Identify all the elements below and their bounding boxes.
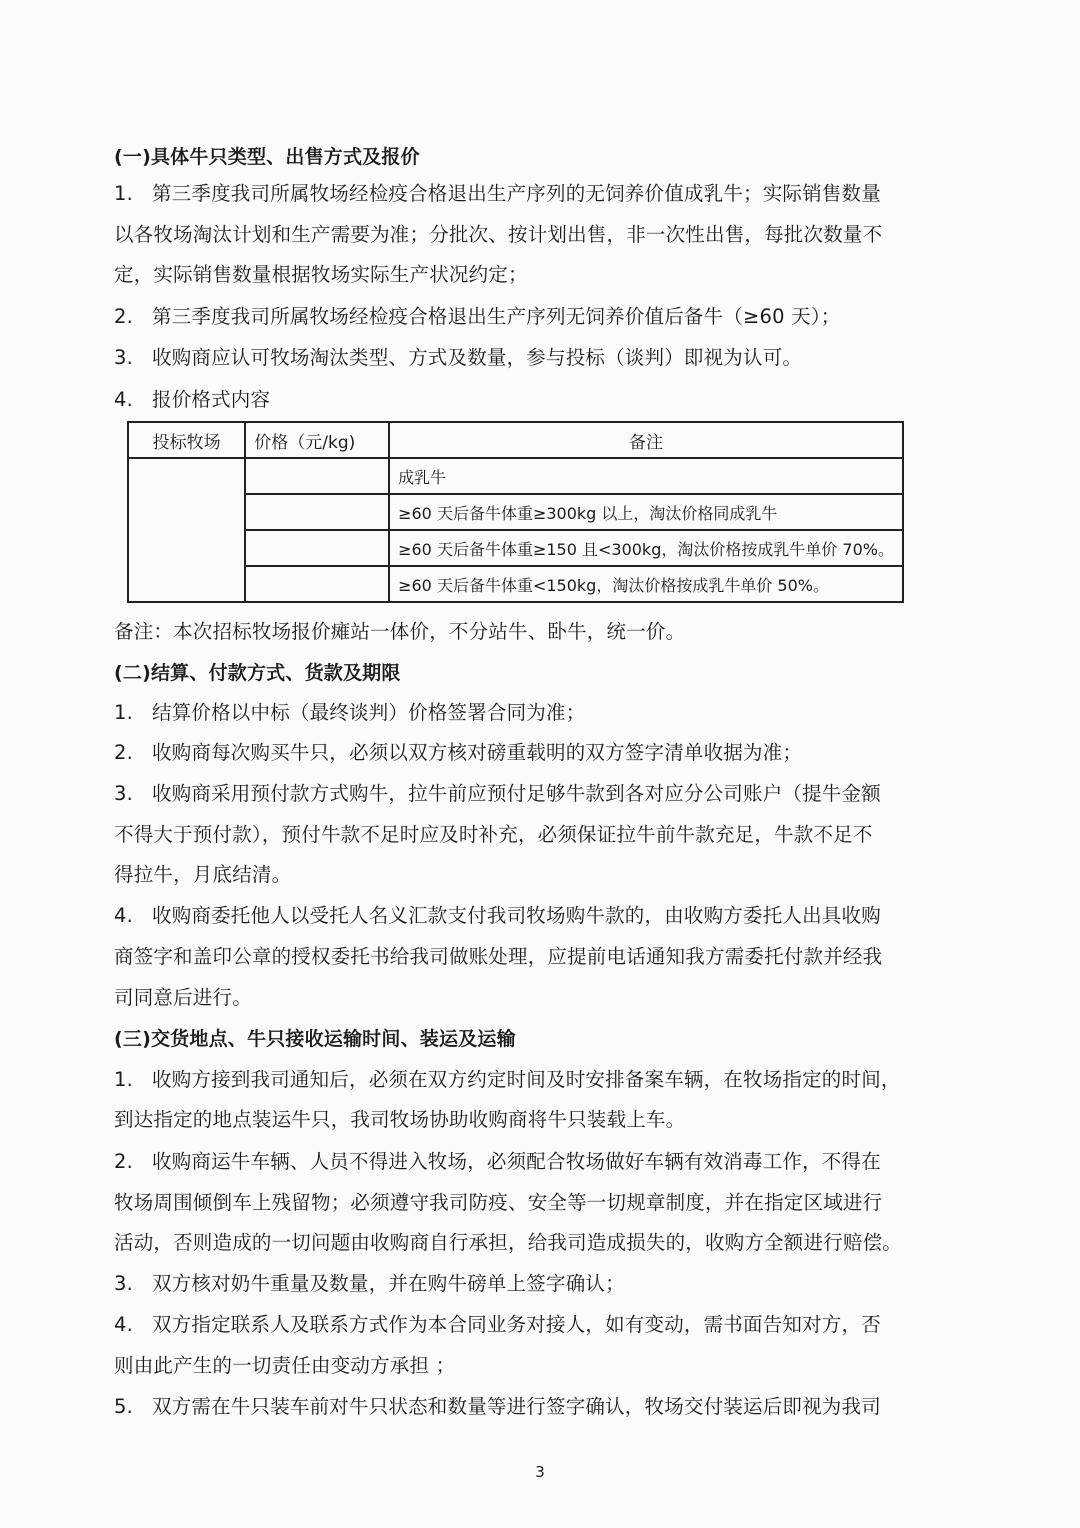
item-number: 5. xyxy=(114,1394,152,1420)
s3-item-4-line-2: 则由此产生的一切责任由变动方承担 ； xyxy=(114,1353,934,1379)
s3-item-2-line-1: 2.收购商运牛车辆、人员不得进入牧场，必须配合牧场做好车辆有效消毒工作，不得在 xyxy=(114,1149,934,1175)
cell-remark: ≥60 天后备牛体重≥150 且<300kg，淘汰价格按成乳牛单价 70%。 xyxy=(389,530,903,566)
item-number: 3. xyxy=(114,1271,152,1297)
item-text: 收购方接到我司通知后，必须在双方约定时间及时安排备案车辆，在牧场指定的时间， xyxy=(152,1068,901,1091)
s1-item-1-line-2: 以各牧场淘汰计划和生产需要为准；分批次、按计划出售，非一次性出售，每批次数量不 xyxy=(114,222,934,248)
item-number: 4. xyxy=(114,387,152,413)
cell-remark: ≥60 天后备牛体重≥300kg 以上，淘汰价格同成乳牛 xyxy=(389,494,903,530)
s2-item-2: 2.收购商每次购买牛只，必须以双方核对磅重载明的双方签字清单收据为准； xyxy=(114,740,934,766)
section-3-heading: (三)交货地点、牛只接收运输时间、装运及运输 xyxy=(114,1026,934,1052)
item-text: 结算价格以中标（最终谈判）价格签署合同为准； xyxy=(152,701,585,724)
item-number: 3. xyxy=(114,781,152,807)
s2-item-4-line-1: 4.收购商委托他人以受托人名义汇款支付我司牧场购牛款的，由收购方委托人出具收购 xyxy=(114,903,934,929)
item-text: 报价格式内容 xyxy=(152,388,270,411)
item-text: 双方核对奶牛重量及数量，并在购牛磅单上签字确认； xyxy=(152,1272,625,1295)
s2-item-3-line-1: 3.收购商采用预付款方式购牛，拉牛前应预付足够牛款到各对应分公司账户（提牛金额 xyxy=(114,781,934,807)
table-header-row: 投标牧场 价格（元/kg) 备注 xyxy=(128,422,903,458)
item-number: 2. xyxy=(114,1149,152,1175)
cell-price[interactable] xyxy=(245,458,389,494)
item-text: 第三季度我司所属牧场经检疫合格退出生产序列无饲养价值后备牛（≥60 天）； xyxy=(152,305,841,328)
s3-item-3: 3.双方核对奶牛重量及数量，并在购牛磅单上签字确认； xyxy=(114,1271,934,1297)
item-text: 双方指定联系人及联系方式作为本合同业务对接人，如有变动，需书面告知对方，否 xyxy=(152,1313,881,1336)
item-number: 1. xyxy=(114,700,152,726)
item-text: 收购商应认可牧场淘汰类型、方式及数量，参与投标（谈判）即视为认可。 xyxy=(152,346,802,369)
table-row: 成乳牛 xyxy=(128,458,903,494)
item-number: 1. xyxy=(114,1067,152,1093)
item-number: 3. xyxy=(114,345,152,371)
s2-item-3-line-3: 得拉牛，月底结清。 xyxy=(114,862,934,888)
cell-remark: ≥60 天后备牛体重<150kg，淘汰价格按成乳牛单价 50%。 xyxy=(389,566,903,602)
item-text: 收购商委托他人以受托人名义汇款支付我司牧场购牛款的，由收购方委托人出具收购 xyxy=(152,904,881,927)
s3-item-2-line-2: 牧场周围倾倒车上残留物；必须遵守我司防疫、安全等一切规章制度，并在指定区域进行 xyxy=(114,1190,934,1216)
s2-item-4-line-2: 商签字和盖印公章的授权委托书给我司做账处理，应提前电话通知我方需委托付款并经我 xyxy=(114,944,934,970)
document-page: (一)具体牛只类型、出售方式及报价 1.第三季度我司所属牧场经检疫合格退出生产序… xyxy=(0,0,1080,1528)
cell-price[interactable] xyxy=(245,530,389,566)
cell-price[interactable] xyxy=(245,566,389,602)
s1-item-2: 2.第三季度我司所属牧场经检疫合格退出生产序列无饲养价值后备牛（≥60 天）； xyxy=(114,304,934,330)
s3-item-1-line-1: 1.收购方接到我司通知后，必须在双方约定时间及时安排备案车辆，在牧场指定的时间， xyxy=(114,1067,934,1093)
table-remark: 备注：本次招标牧场报价瘫站一体价，不分站牛、卧牛，统一价。 xyxy=(114,619,934,645)
s2-item-3-line-2: 不得大于预付款），预付牛款不足时应及时补充，必须保证拉牛前牛款充足，牛款不足不 xyxy=(114,822,934,848)
item-number: 2. xyxy=(114,304,152,330)
item-number: 1. xyxy=(114,181,152,207)
item-text: 第三季度我司所属牧场经检疫合格退出生产序列的无饲养价值成乳牛；实际销售数量 xyxy=(152,182,881,205)
item-number: 2. xyxy=(114,740,152,766)
s1-item-3: 3.收购商应认可牧场淘汰类型、方式及数量，参与投标（谈判）即视为认可。 xyxy=(114,345,934,371)
s1-item-1-line-1: 1.第三季度我司所属牧场经检疫合格退出生产序列的无饲养价值成乳牛；实际销售数量 xyxy=(114,181,934,207)
s3-item-5-line-1: 5.双方需在牛只装车前对牛只状态和数量等进行签字确认，牧场交付装运后即视为我司 xyxy=(114,1394,934,1420)
cell-farm[interactable] xyxy=(128,458,245,602)
s1-item-4: 4.报价格式内容 xyxy=(114,387,934,413)
item-text: 收购商采用预付款方式购牛，拉牛前应预付足够牛款到各对应分公司账户（提牛金额 xyxy=(152,782,881,805)
header-remark: 备注 xyxy=(389,422,903,458)
section-2-heading: (二)结算、付款方式、货款及期限 xyxy=(114,660,934,686)
s3-item-2-line-3: 活动，否则造成的一切问题由收购商自行承担，给我司造成损失的，收购方全额进行赔偿。 xyxy=(114,1230,934,1256)
header-price: 价格（元/kg) xyxy=(245,422,389,458)
s3-item-4-line-1: 4.双方指定联系人及联系方式作为本合同业务对接人，如有变动，需书面告知对方，否 xyxy=(114,1312,934,1338)
item-number: 4. xyxy=(114,903,152,929)
item-text: 收购商运牛车辆、人员不得进入牧场，必须配合牧场做好车辆有效消毒工作，不得在 xyxy=(152,1150,881,1173)
header-bidding-farm: 投标牧场 xyxy=(128,422,245,458)
cell-price[interactable] xyxy=(245,494,389,530)
page-number: 3 xyxy=(0,1463,1080,1481)
s2-item-1: 1.结算价格以中标（最终谈判）价格签署合同为准； xyxy=(114,700,934,726)
cell-remark: 成乳牛 xyxy=(389,458,903,494)
quote-format-table: 投标牧场 价格（元/kg) 备注 成乳牛 ≥60 天后备牛体重≥300kg 以上… xyxy=(127,421,904,603)
item-text: 收购商每次购买牛只，必须以双方核对磅重载明的双方签字清单收据为准； xyxy=(152,741,802,764)
s3-item-1-line-2: 到达指定的地点装运牛只，我司牧场协助收购商将牛只装载上车。 xyxy=(114,1107,934,1133)
item-text: 双方需在牛只装车前对牛只状态和数量等进行签字确认，牧场交付装运后即视为我司 xyxy=(152,1395,881,1418)
s2-item-4-line-3: 司同意后进行。 xyxy=(114,985,934,1011)
item-number: 4. xyxy=(114,1312,152,1338)
s1-item-1-line-3: 定，实际销售数量根据牧场实际生产状况约定； xyxy=(114,262,934,288)
section-1-heading: (一)具体牛只类型、出售方式及报价 xyxy=(114,144,934,170)
